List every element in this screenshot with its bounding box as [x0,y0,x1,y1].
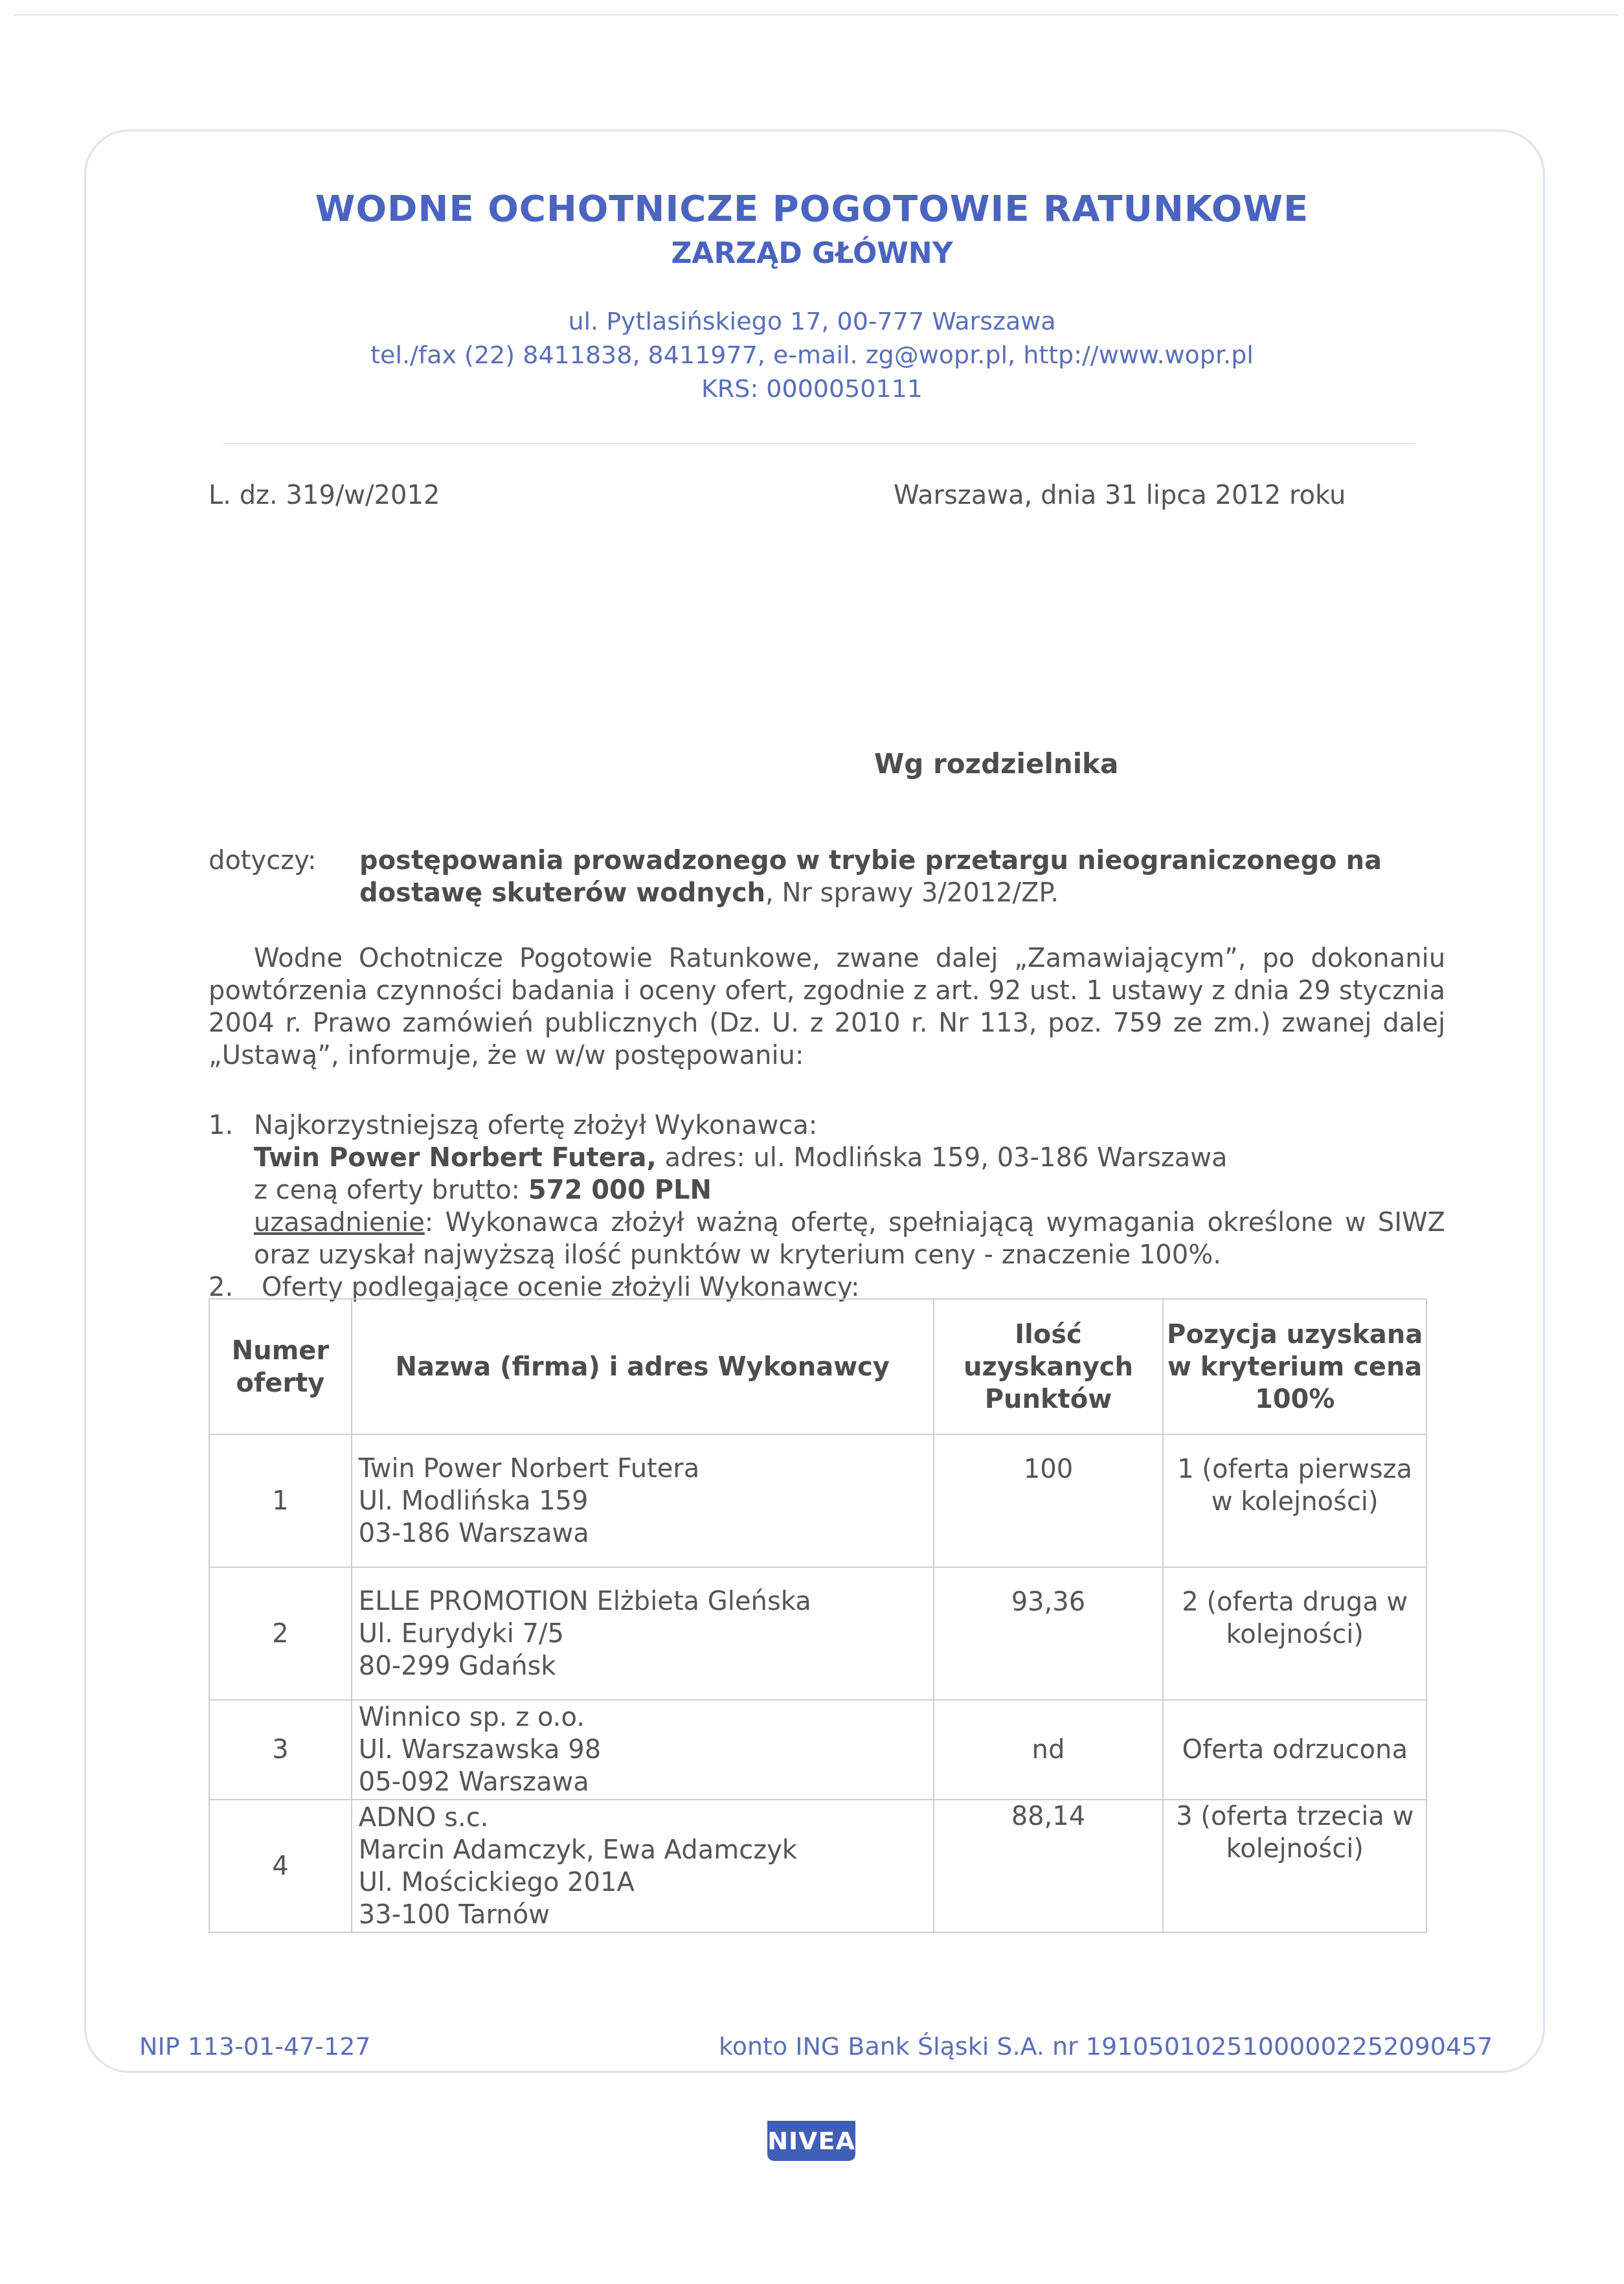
offers-table: Numer oferty Nazwa (firma) i adres Wykon… [209,1298,1427,1933]
contractor-line: Ul. Modlińska 159 [359,1485,932,1517]
scan-edge [13,14,1619,16]
offer-points: 93,36 [934,1567,1164,1700]
point1: Najkorzystniejszą ofertę złożył Wykonawc… [254,1109,1445,1271]
header-offer-number: Numer oferty [209,1299,352,1434]
organization-address: ul. Pytlasińskiego 17, 00-777 Warszawa [0,307,1624,335]
winner-line: Twin Power Norbert Futera, adres: ul. Mo… [254,1142,1445,1174]
recipient: Wg rozdzielnika [874,748,1118,780]
header-points: Ilość uzyskanych Punktów [934,1299,1164,1434]
point1-intro: Najkorzystniejszą ofertę złożył Wykonawc… [254,1109,1445,1142]
contractor-name-address: ADNO s.c.Marcin Adamczyk, Ewa AdamczykUl… [352,1800,934,1932]
contractor-line: Ul. Eurydyki 7/5 [359,1618,932,1650]
contractor-line: Ul. Warszawska 98 [359,1734,932,1766]
offer-position: 2 (oferta druga w kolejności) [1163,1567,1427,1700]
offer-points: 100 [934,1434,1164,1567]
price-line: z ceną oferty brutto: 572 000 PLN [254,1174,1445,1206]
winner-address: adres: ul. Modlińska 159, 03-186 Warszaw… [657,1143,1228,1173]
contractor-line: 80-299 Gdańsk [359,1650,932,1682]
table-header-row: Numer oferty Nazwa (firma) i adres Wykon… [209,1299,1427,1434]
department-name: ZARZĄD GŁÓWNY [0,237,1624,270]
price-value: 572 000 PLN [528,1175,712,1205]
header-divider [223,443,1415,444]
contractor-line: Marcin Adamczyk, Ewa Adamczyk [359,1834,932,1866]
contractor-line: ADNO s.c. [359,1802,932,1834]
organization-name: WODNE OCHOTNICZE POGOTOWIE RATUNKOWE [0,188,1624,230]
contractor-name-address: Winnico sp. z o.o.Ul. Warszawska 9805-09… [352,1700,934,1800]
table-row: 4ADNO s.c.Marcin Adamczyk, Ewa AdamczykU… [209,1800,1427,1932]
justification-label: uzasadnienie [254,1208,425,1238]
justification-text: : Wykonawca złożył ważną ofertę, spełnia… [254,1208,1445,1270]
offer-number: 2 [209,1567,352,1700]
offer-points: nd [934,1700,1164,1800]
contractor-line: 03-186 Warszawa [359,1517,932,1550]
intro-paragraph: Wodne Ochotnicze Pogotowie Ratunkowe, zw… [209,942,1445,1072]
point1-number: 1. [209,1109,233,1142]
place-date: Warszawa, dnia 31 lipca 2012 roku [894,481,1346,510]
header-contractor: Nazwa (firma) i adres Wykonawcy [352,1299,934,1434]
subject-case-number: , Nr sprawy 3/2012/ZP. [765,878,1059,908]
offer-number: 3 [209,1700,352,1800]
offer-position: 1 (oferta pierwsza w kolejności) [1163,1434,1427,1567]
contractor-name-address: Twin Power Norbert FuteraUl. Modlińska 1… [352,1434,934,1567]
footer-nip: NIP 113-01-47-127 [139,2032,371,2061]
header-position: Pozycja uzyskana w kryterium cena 100% [1163,1299,1427,1434]
table-row: 1Twin Power Norbert FuteraUl. Modlińska … [209,1434,1427,1567]
contractor-line: Winnico sp. z o.o. [359,1701,932,1734]
reference-number: L. dz. 319/w/2012 [209,481,440,510]
price-label: z ceną oferty brutto: [254,1175,528,1205]
contractor-line: 05-092 Warszawa [359,1766,932,1798]
nivea-logo: NIVEA [767,2121,855,2161]
table-row: 2ELLE PROMOTION Elżbieta GleńskaUl. Eury… [209,1567,1427,1700]
justification: uzasadnienie: Wykonawca złożył ważną ofe… [254,1206,1445,1271]
winner-name: Twin Power Norbert Futera, [254,1143,657,1173]
offer-number: 1 [209,1434,352,1567]
organization-krs: KRS: 0000050111 [0,374,1624,403]
offer-points: 88,14 [934,1800,1164,1932]
contractor-line: Ul. Mościckiego 201A [359,1866,932,1899]
contractor-line: Twin Power Norbert Futera [359,1453,932,1485]
offer-position: Oferta odrzucona [1163,1700,1427,1800]
contractor-name-address: ELLE PROMOTION Elżbieta GleńskaUl. Euryd… [352,1567,934,1700]
subject-label: dotyczy: [209,844,316,877]
offer-number: 4 [209,1800,352,1932]
footer-bank-account: konto ING Bank Śląski S.A. nr 1910501025… [719,2032,1493,2061]
table-row: 3Winnico sp. z o.o.Ul. Warszawska 9805-0… [209,1700,1427,1800]
organization-contact: tel./fax (22) 8411838, 8411977, e-mail. … [0,341,1624,369]
subject: postępowania prowadzonego w trybie przet… [359,844,1434,909]
offer-position: 3 (oferta trzecia w kolejności) [1163,1800,1427,1932]
contractor-line: ELLE PROMOTION Elżbieta Gleńska [359,1585,932,1618]
contractor-line: 33-100 Tarnów [359,1899,932,1931]
